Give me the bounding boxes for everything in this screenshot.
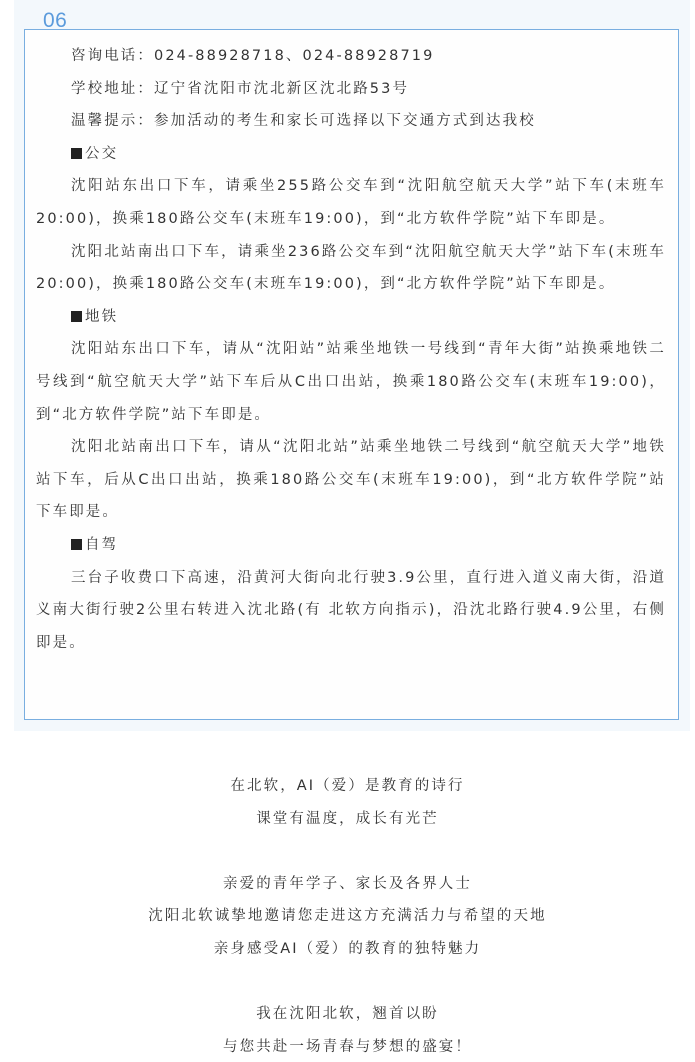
bus-heading: 公交 bbox=[36, 138, 666, 171]
bus-route-2: 沈阳北站南出口下车，请乘坐236路公交车到“沈阳航空航天大学”站下车(末班车20… bbox=[36, 236, 666, 301]
address-value: 辽宁省沈阳市沈北新区沈北路53号 bbox=[154, 81, 409, 97]
closing-message: 在北软，AI（爱）是教育的诗行 课堂有温度，成长有光芒 亲爱的青年学子、家长及各… bbox=[0, 770, 695, 1062]
drive-heading-label: 自驾 bbox=[85, 537, 118, 553]
square-bullet-icon bbox=[71, 311, 82, 322]
drive-route-1: 三台子收费口下高速，沿黄河大街向北行驶3.9公里，直行进入道义南大街，沿道义南大… bbox=[36, 562, 666, 660]
section-number: 06 bbox=[43, 8, 67, 29]
address-label: 学校地址： bbox=[71, 81, 154, 97]
closing-line: 亲身感受AI（爱）的教育的独特魅力 bbox=[0, 933, 695, 966]
closing-line: 我在沈阳北软，翘首以盼 bbox=[0, 998, 695, 1031]
tip-value: 参加活动的考生和家长可选择以下交通方式到达我校 bbox=[154, 113, 536, 129]
spacer bbox=[0, 966, 695, 999]
contact-address: 学校地址：辽宁省沈阳市沈北新区沈北路53号 bbox=[36, 73, 666, 106]
closing-line: 亲爱的青年学子、家长及各界人士 bbox=[0, 868, 695, 901]
phone-label: 咨询电话： bbox=[71, 48, 154, 64]
closing-line: 与您共赴一场青春与梦想的盛宴！ bbox=[0, 1031, 695, 1062]
closing-line: 沈阳北软诚挚地邀请您走进这方充满活力与希望的天地 bbox=[0, 900, 695, 933]
tip-label: 温馨提示： bbox=[71, 113, 154, 129]
metro-route-2: 沈阳北站南出口下车，请从“沈阳北站”站乘坐地铁二号线到“航空航天大学”地铁站下车… bbox=[36, 431, 666, 529]
drive-heading: 自驾 bbox=[36, 529, 666, 562]
contact-tip: 温馨提示：参加活动的考生和家长可选择以下交通方式到达我校 bbox=[36, 105, 666, 138]
square-bullet-icon bbox=[71, 539, 82, 550]
bus-heading-label: 公交 bbox=[85, 146, 118, 162]
metro-heading-label: 地铁 bbox=[85, 309, 118, 325]
info-box: 咨询电话：024-88928718、024-88928719 学校地址：辽宁省沈… bbox=[24, 29, 679, 720]
spacer bbox=[0, 835, 695, 868]
metro-heading: 地铁 bbox=[36, 301, 666, 334]
bus-route-1: 沈阳站东出口下车，请乘坐255路公交车到“沈阳航空航天大学”站下车(末班车20:… bbox=[36, 170, 666, 235]
metro-route-1: 沈阳站东出口下车，请从“沈阳站”站乘坐地铁一号线到“青年大街”站换乘地铁二号线到… bbox=[36, 333, 666, 431]
closing-line: 在北软，AI（爱）是教育的诗行 bbox=[0, 770, 695, 803]
contact-phone: 咨询电话：024-88928718、024-88928719 bbox=[36, 40, 666, 73]
phone-value: 024-88928718、024-88928719 bbox=[154, 48, 434, 64]
closing-line: 课堂有温度，成长有光芒 bbox=[0, 803, 695, 836]
square-bullet-icon bbox=[71, 148, 82, 159]
